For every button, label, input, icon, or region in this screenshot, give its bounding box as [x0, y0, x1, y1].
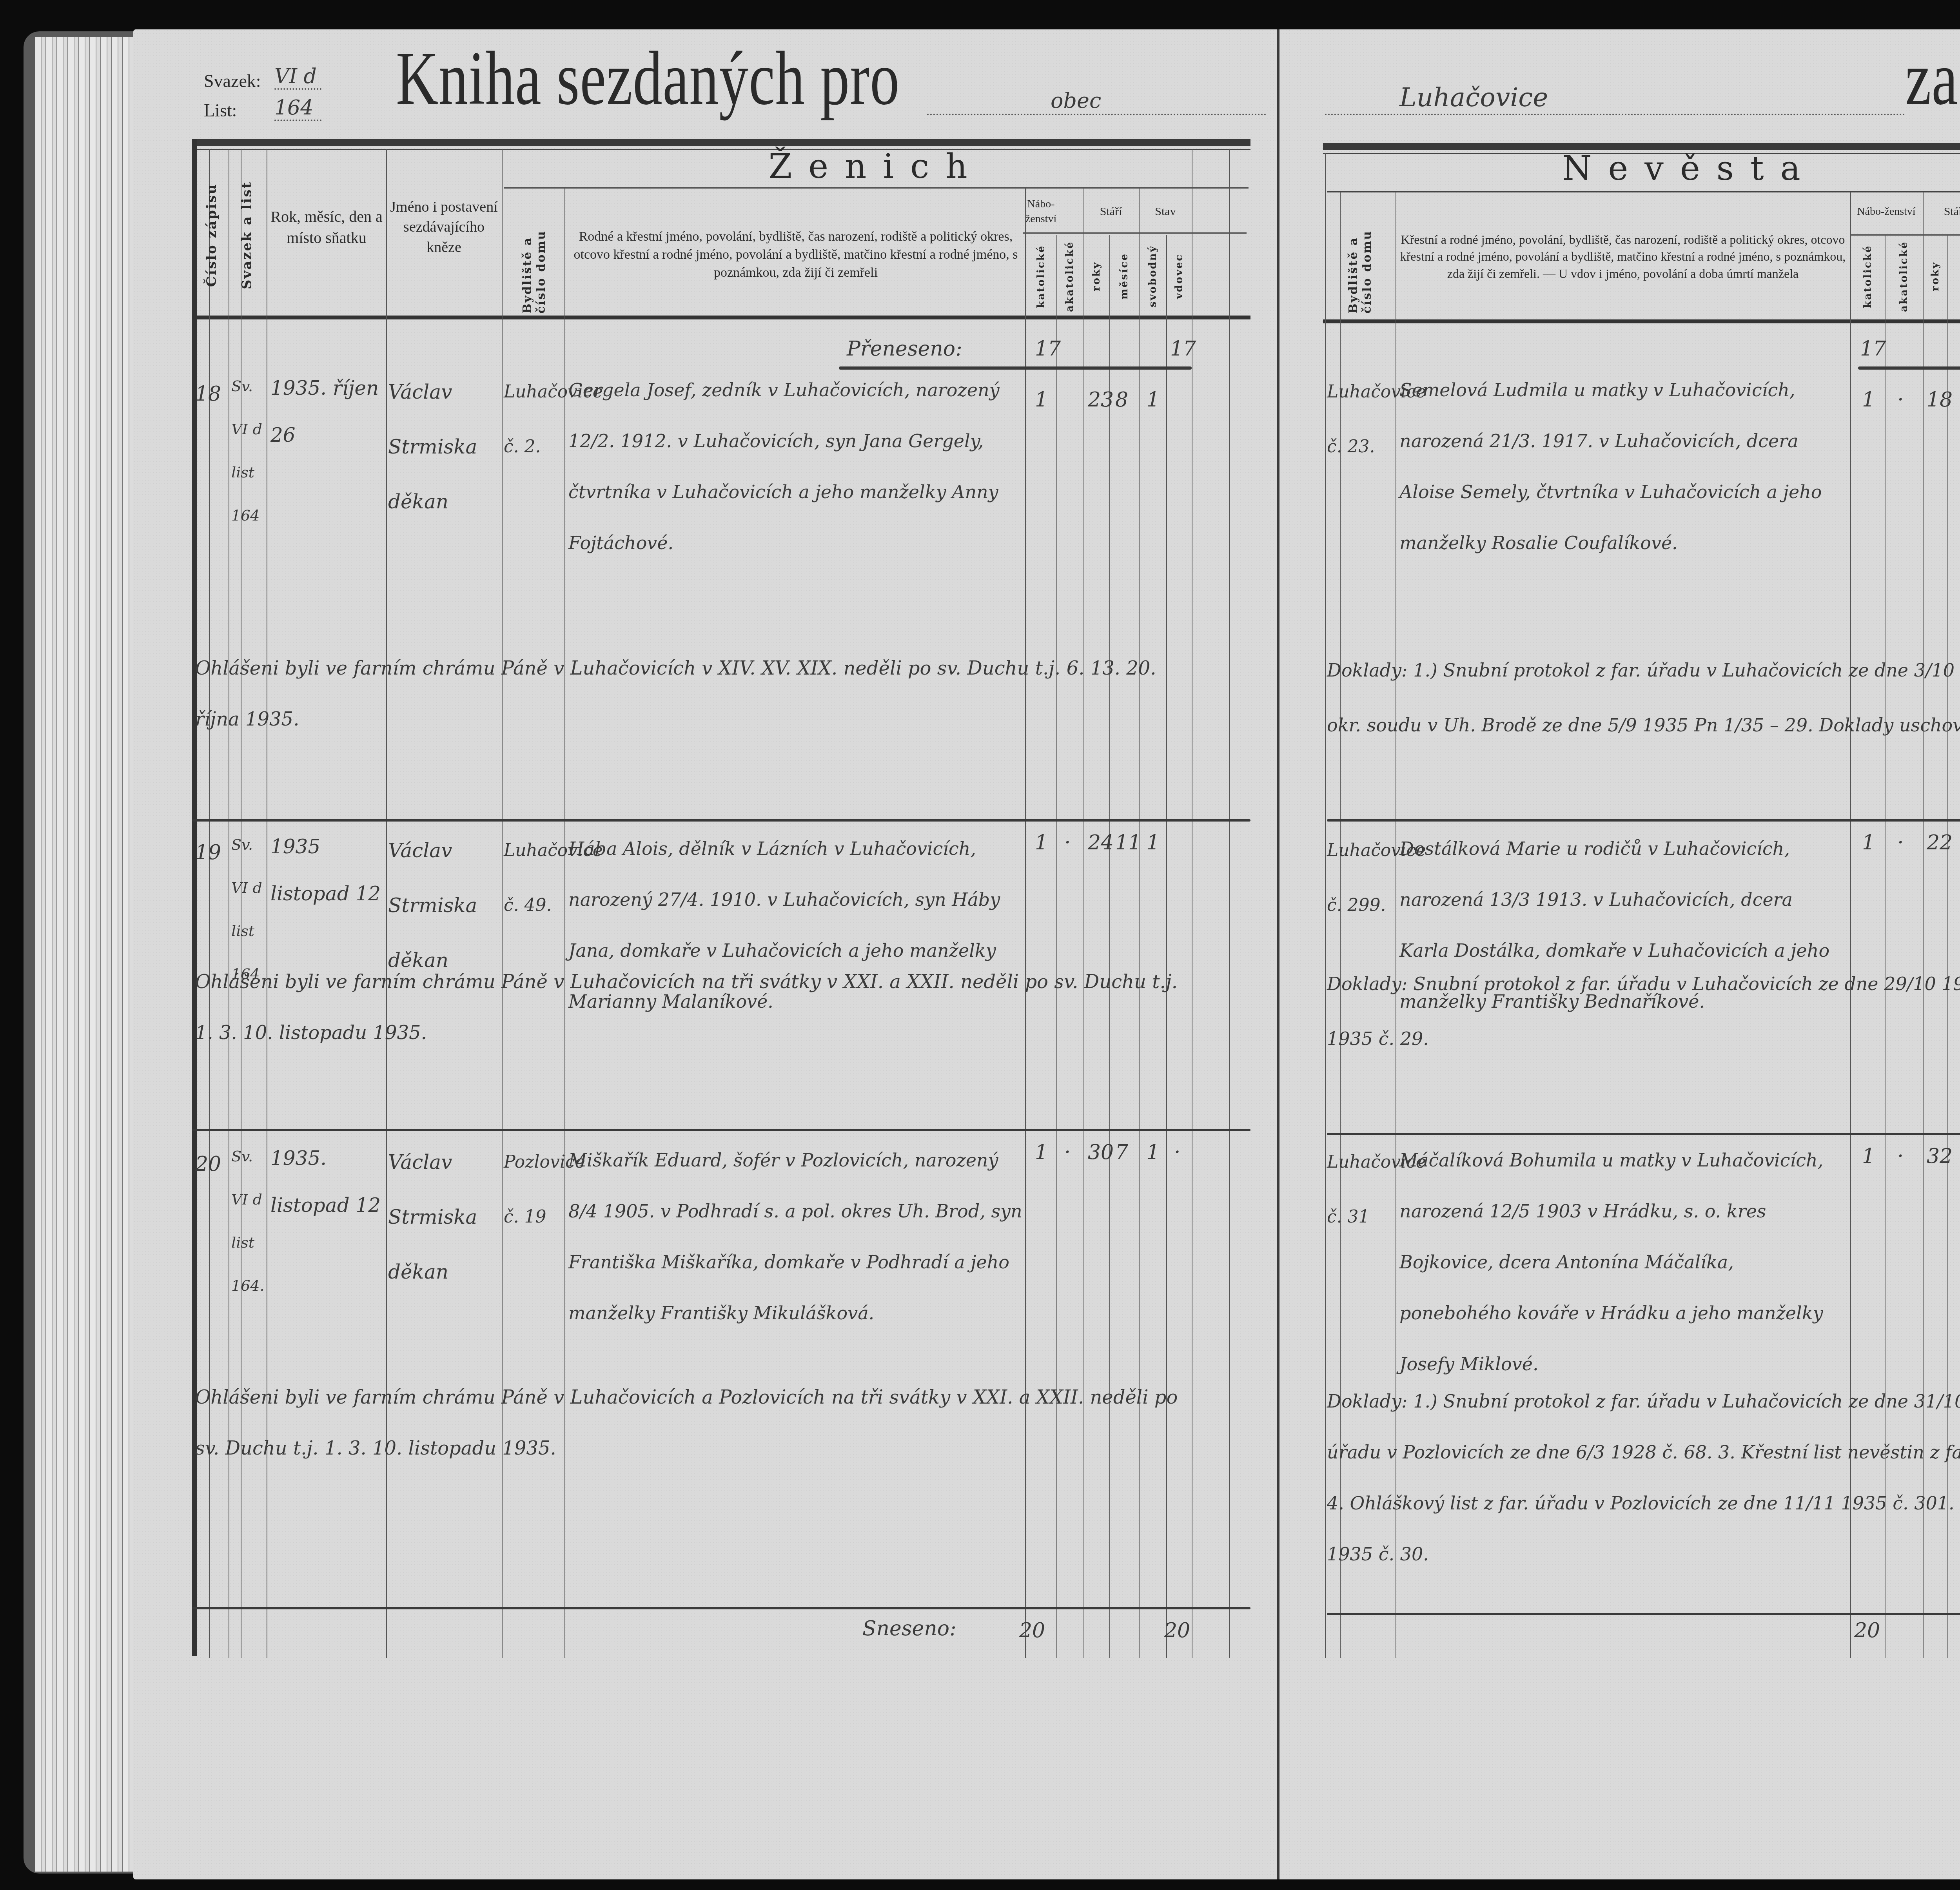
entry-19-documents: Doklady: Snubní protokol z far. úřadu v … [1327, 956, 1960, 1066]
header-nevesta-bydliste: Bydliště a číslo domu [1327, 196, 1394, 314]
entry-18-groom-svobodny: 1 [1147, 388, 1160, 412]
header-zenich: Ženich [504, 147, 1249, 186]
entry-20-bride-akatolicke: · [1897, 1145, 1904, 1168]
entry-19-number: 19 [195, 823, 221, 882]
header-zenich-stari: Stáří [1084, 192, 1138, 231]
entry-20-bride-roky: 32 [1927, 1145, 1953, 1168]
header-bottom-rule-right [1323, 319, 1960, 323]
title-fill-obec: obec [1051, 88, 1101, 113]
entry-20-priest: Václav Strmiska děkan [388, 1135, 502, 1299]
entry-18-bride-residence: Luhačovice č. 23. [1327, 365, 1394, 474]
entry-20-documents: Doklady: 1.) Snubní protokol z far. úřad… [1327, 1376, 1960, 1580]
entry-20-bride-katolicke: 1 [1862, 1145, 1875, 1168]
table-top-border-left [192, 139, 1250, 146]
header-rok-mesic: Rok, měsíc, den a místo sňatku [270, 188, 383, 267]
entry-20-date: 1935. listopad 12 [270, 1135, 384, 1229]
header-zenich-akatolicke: akatolické [1058, 239, 1082, 314]
carried-underline-right [1858, 366, 1960, 370]
header-zenich-mesice: měsíce [1111, 239, 1138, 314]
col-line [1325, 153, 1326, 1658]
entry-20-groom-text: Miškařík Eduard, šofér v Pozlovicích, na… [568, 1135, 1023, 1339]
entry-19-groom-roky: 24 [1088, 831, 1114, 854]
entry-20-groom-akatolicke: · [1064, 1141, 1071, 1164]
header-jmeno-knez: Jméno i postavení sezdávajícího kněze [388, 180, 500, 274]
entry-19-groom-mesice: 11 [1115, 831, 1141, 854]
header-nevesta: Nevěsta [1327, 149, 1960, 188]
totals-groom-katolicke: 20 [1019, 1619, 1045, 1642]
entry-18-svazek-list: Sv. VI d list 164 [231, 365, 267, 537]
entry-20-groom-katolicke: 1 [1035, 1141, 1048, 1164]
header-nevesta-description: Křestní a rodné jméno, povolání, bydlišt… [1399, 200, 1846, 314]
totals-bride-katolicke: 20 [1854, 1619, 1880, 1642]
entry-18-date: 1935. říjen 26 [270, 365, 384, 459]
header-zenich-roky: roky [1084, 239, 1109, 314]
entry-19-bride-roky: 22 [1927, 831, 1953, 854]
entry-20-groom-vdovec: · [1174, 1141, 1181, 1164]
list-value: 164 [274, 96, 321, 121]
carried-bride-katolicke: 17 [1860, 337, 1886, 361]
entry-18-priest: Václav Strmiska děkan [388, 365, 502, 529]
header-zenich-stav: Stav [1140, 192, 1191, 231]
entry-18-bride-akatolicke: · [1897, 388, 1904, 412]
entry-20-number: 20 [195, 1135, 221, 1193]
entry-19-bride-katolicke: 1 [1862, 831, 1875, 854]
place-fill-luhacovice: Luhačovice [1399, 82, 1548, 112]
entry-20-banns: Ohlášeni byli ve farním chrámu Páně v Lu… [195, 1372, 1195, 1474]
book-gutter [1277, 29, 1279, 1879]
header-svazek-a-list: Svazek a list [229, 157, 265, 314]
entry-18-bride-roky: 18 [1927, 388, 1953, 412]
header-zenich-vdovec: vdovec [1167, 239, 1191, 314]
entry-18-groom-katolicke: 1 [1035, 388, 1048, 412]
header-zenich-nabozenstvi: Nábo-ženství [1026, 192, 1056, 231]
header-zenich-bydliste: Bydliště a číslo domu [506, 196, 563, 314]
entry-20-groom-roky: 30 [1088, 1141, 1114, 1164]
entry-19-groom-residence: Luhačovice č. 49. [504, 823, 563, 933]
list-label: List: [204, 100, 237, 121]
carried-groom-svobodny: 17 [1170, 337, 1196, 361]
entry-20-groom-residence: Pozlovice č. 19 [504, 1135, 563, 1244]
title-fill-line [927, 114, 1266, 115]
entry-20-groom-mesice: 7 [1115, 1141, 1128, 1164]
entry-18-bride-katolicke: 1 [1862, 388, 1875, 412]
header-nevesta-nabozenstvi: Nábo-ženství [1851, 192, 1922, 231]
header-zenich-description: Rodné a křestní jméno, povolání, bydlišt… [572, 200, 1019, 310]
entry-20-bride-residence: Luhačovice č. 31 [1327, 1135, 1394, 1244]
entry-19-groom-katolicke: 1 [1035, 831, 1048, 854]
header-nevesta-roky: roky [1924, 239, 1947, 314]
entry-18-banns: Ohlášeni byli ve farním chrámu Páně v Lu… [195, 643, 1195, 745]
svazek-label: Svazek: [204, 71, 261, 91]
year-label: za rok [1905, 34, 1960, 122]
header-bottom-rule-left [192, 316, 1250, 319]
entry-20-bride-text: Máčalíková Bohumila u matky v Luhačovicí… [1399, 1135, 1846, 1389]
entry-separator [192, 819, 1250, 822]
entry-18-number: 18 [195, 365, 221, 423]
totals-label: Sneseno: [862, 1599, 956, 1658]
header-zenich-svobodny: svobodný [1140, 239, 1165, 314]
entry-19-bride-akatolicke: · [1897, 831, 1904, 854]
header-cislo-zapisu: Číslo zápisu [196, 157, 227, 314]
entry-18-groom-roky: 23 [1088, 388, 1114, 412]
entry-19-date: 1935 listopad 12 [270, 823, 384, 917]
entry-18-bride-text: Semelová Ludmila u matky v Luhačovicích,… [1399, 365, 1846, 568]
place-fill-line [1325, 114, 1905, 115]
entry-19-groom-akatolicke: · [1064, 831, 1071, 854]
entry-19-bride-residence: Luhačovice č. 299. [1327, 823, 1394, 933]
entry-20-svazek-list: Sv. VI d list 164. [231, 1135, 267, 1307]
header-nevesta-akatolicke: akatolické [1886, 239, 1922, 314]
entry-separator [192, 1129, 1250, 1131]
entry-20-groom-svobodny: 1 [1147, 1141, 1160, 1164]
carried-groom-katolicke: 17 [1035, 337, 1061, 361]
entry-19-groom-svobodny: 1 [1147, 831, 1160, 854]
totals-groom-svobodny: 20 [1164, 1619, 1190, 1642]
header-nevesta-stari: Stáří [1924, 192, 1960, 231]
header-zenich-katolicke: katolické [1026, 239, 1056, 314]
entry-18-groom-mesice: 8 [1115, 388, 1128, 412]
zenich-subheader-rule [1023, 232, 1247, 234]
col-line [1229, 149, 1230, 1658]
entry-18-groom-residence: Luhačovice č. 2. [504, 365, 563, 474]
entry-separator [1327, 819, 1960, 822]
register-title: Kniha sezdaných pro [396, 34, 900, 122]
entry-19-banns: Ohlášeni byli ve farním chrámu Páně v Lu… [195, 956, 1195, 1058]
nevesta-subheader-rule [1850, 234, 1960, 236]
header-nevesta-mesice: měsíce [1948, 239, 1960, 314]
entry-18-documents: Doklady: 1.) Snubní protokol z far. úřad… [1327, 643, 1960, 753]
header-nevesta-katolicke: katolické [1851, 239, 1885, 314]
totals-separator [192, 1607, 1250, 1609]
totals-separator [1327, 1613, 1960, 1615]
entry-18-groom-text: Gergela Josef, zedník v Luhačovicích, na… [568, 365, 1023, 568]
zenich-title-rule [504, 187, 1249, 189]
svazek-value: VI d [274, 65, 321, 90]
